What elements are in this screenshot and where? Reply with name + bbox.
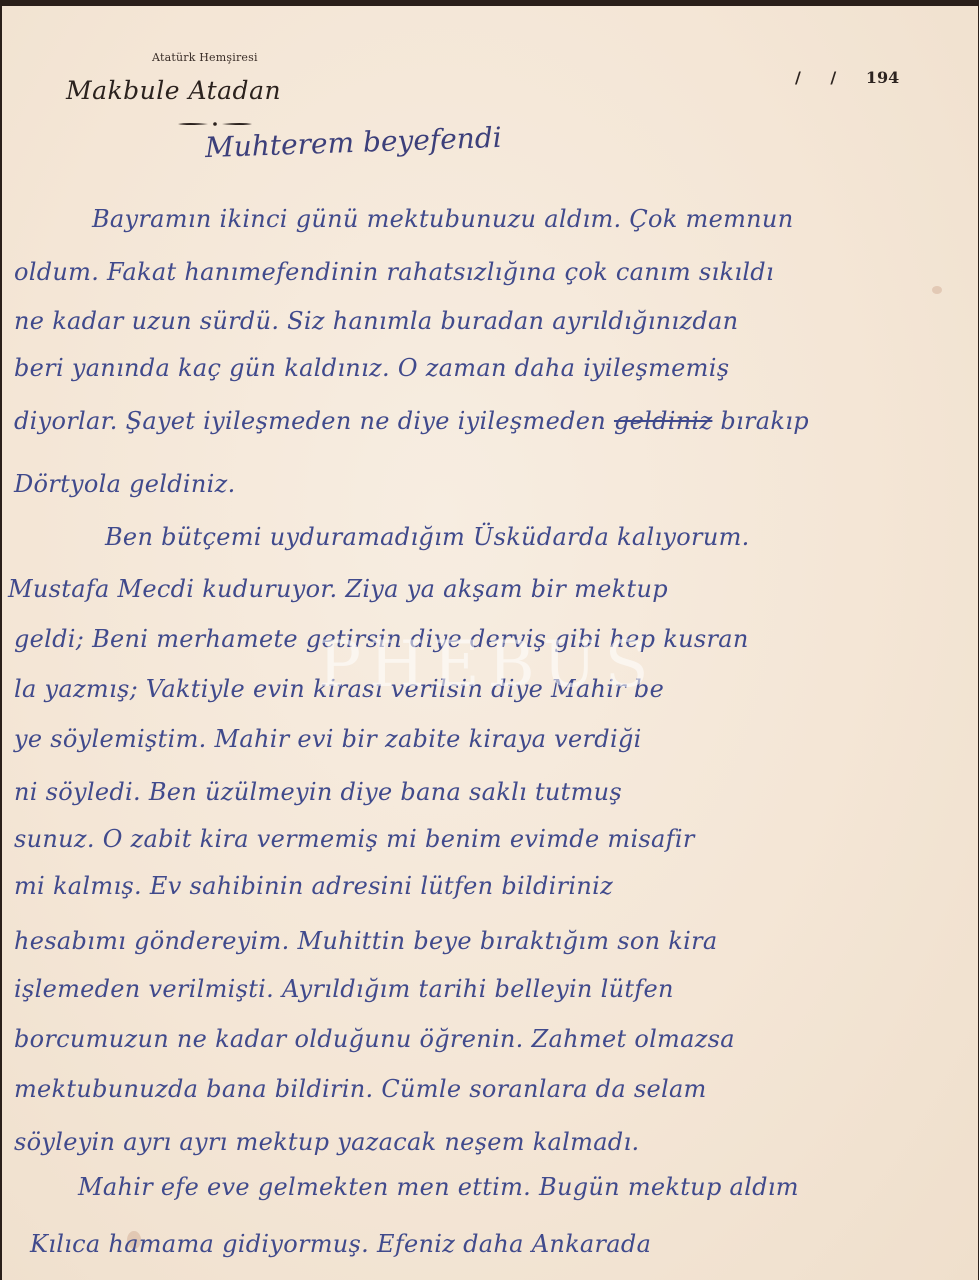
letterhead-subtitle: Atatürk Hemşiresi [152, 51, 258, 64]
letter-line-text: sunuz. O zabit kira vermemiş mi benim ev… [14, 825, 695, 853]
letter-line-text: beri yanında kaç gün kaldınız. O zaman d… [14, 354, 729, 382]
letter-line: Bayramın ikinci günü mektubunuzu aldım. … [92, 205, 793, 233]
letter-line-text: ye söylemiştim. Mahir evi bir zabite kir… [14, 725, 642, 753]
letter-line-text: Mahir efe eve gelmekten men ettim. Bugün… [78, 1173, 799, 1201]
letterhead-name: Makbule Atadan [66, 76, 281, 105]
letter-line: sunuz. O zabit kira vermemiş mi benim ev… [14, 825, 695, 853]
letter-line-text: mektubunuzda bana bildirin. Cümle soranl… [14, 1075, 707, 1103]
letter-line: Mahir efe eve gelmekten men ettim. Bugün… [78, 1173, 799, 1201]
letter-line: ne kadar uzun sürdü. Siz hanımla buradan… [14, 307, 738, 335]
letter-line: borcumuzun ne kadar olduğunu öğrenin. Za… [14, 1025, 735, 1053]
letter-line: diyorlar. Şayet iyileşmeden ne diye iyil… [14, 407, 809, 435]
struck-word: geldiniz [614, 407, 712, 435]
watermark: PHEBUS [318, 628, 656, 702]
letter-line: ye söylemiştim. Mahir evi bir zabite kir… [14, 725, 642, 753]
letter-line: hesabımı göndereyim. Muhittin beye bırak… [14, 927, 717, 955]
letter-line: Ben bütçemi uyduramadığım Üsküdarda kalı… [105, 523, 750, 551]
letter-line: oldum. Fakat hanımefendinin rahatsızlığı… [14, 258, 774, 286]
letter-line-text: hesabımı göndereyim. Muhittin beye bırak… [14, 927, 717, 955]
letter-line: mi kalmış. Ev sahibinin adresini lütfen … [14, 872, 613, 900]
letter-line-text: Mustafa Mecdi kuduruyor. Ziya ya akşam b… [8, 575, 668, 603]
letter-line-text: mi kalmış. Ev sahibinin adresini lütfen … [14, 872, 613, 900]
letter-line-text: diyorlar. Şayet iyileşmeden ne diye iyil… [14, 407, 606, 435]
letter-line: Mustafa Mecdi kuduruyor. Ziya ya akşam b… [8, 575, 668, 603]
letter-line: ni söyledi. Ben üzülmeyin diye bana sakl… [14, 778, 622, 806]
ornament-divider-icon [178, 121, 252, 127]
letter-line-text: oldum. Fakat hanımefendinin rahatsızlığı… [14, 258, 774, 286]
letter-line: söyleyin ayrı ayrı mektup yazacak neşem … [14, 1128, 639, 1156]
letter-line: işlemeden verilmişti. Ayrıldığım tarihi … [14, 975, 674, 1003]
letter-line-text: Dörtyola geldiniz. [14, 470, 236, 498]
letter-line: beri yanında kaç gün kaldınız. O zaman d… [14, 354, 729, 382]
paper-stain [932, 286, 942, 294]
letter-line-text: borcumuzun ne kadar olduğunu öğrenin. Za… [14, 1025, 735, 1053]
letter-line-text: Bayramın ikinci günü mektubunuzu aldım. … [92, 205, 793, 233]
letter-line-text: Kılıca hamama gidiyormuş. Efeniz daha An… [30, 1230, 651, 1258]
letter-line-text: Ben bütçemi uyduramadığım Üsküdarda kalı… [105, 523, 750, 551]
letter-line-text: bırakıp [712, 407, 808, 435]
letter-line-text: işlemeden verilmişti. Ayrıldığım tarihi … [14, 975, 674, 1003]
letter-line: mektubunuzda bana bildirin. Cümle soranl… [14, 1075, 707, 1103]
letter-line-text: söyleyin ayrı ayrı mektup yazacak neşem … [14, 1128, 639, 1156]
letter-line-text: ne kadar uzun sürdü. Siz hanımla buradan… [14, 307, 738, 335]
date-field: / / 194 [795, 68, 899, 87]
letter-line: Kılıca hamama gidiyormuş. Efeniz daha An… [30, 1230, 651, 1258]
letter-line-text: ni söyledi. Ben üzülmeyin diye bana sakl… [14, 778, 622, 806]
letter-line: Dörtyola geldiniz. [14, 470, 236, 498]
